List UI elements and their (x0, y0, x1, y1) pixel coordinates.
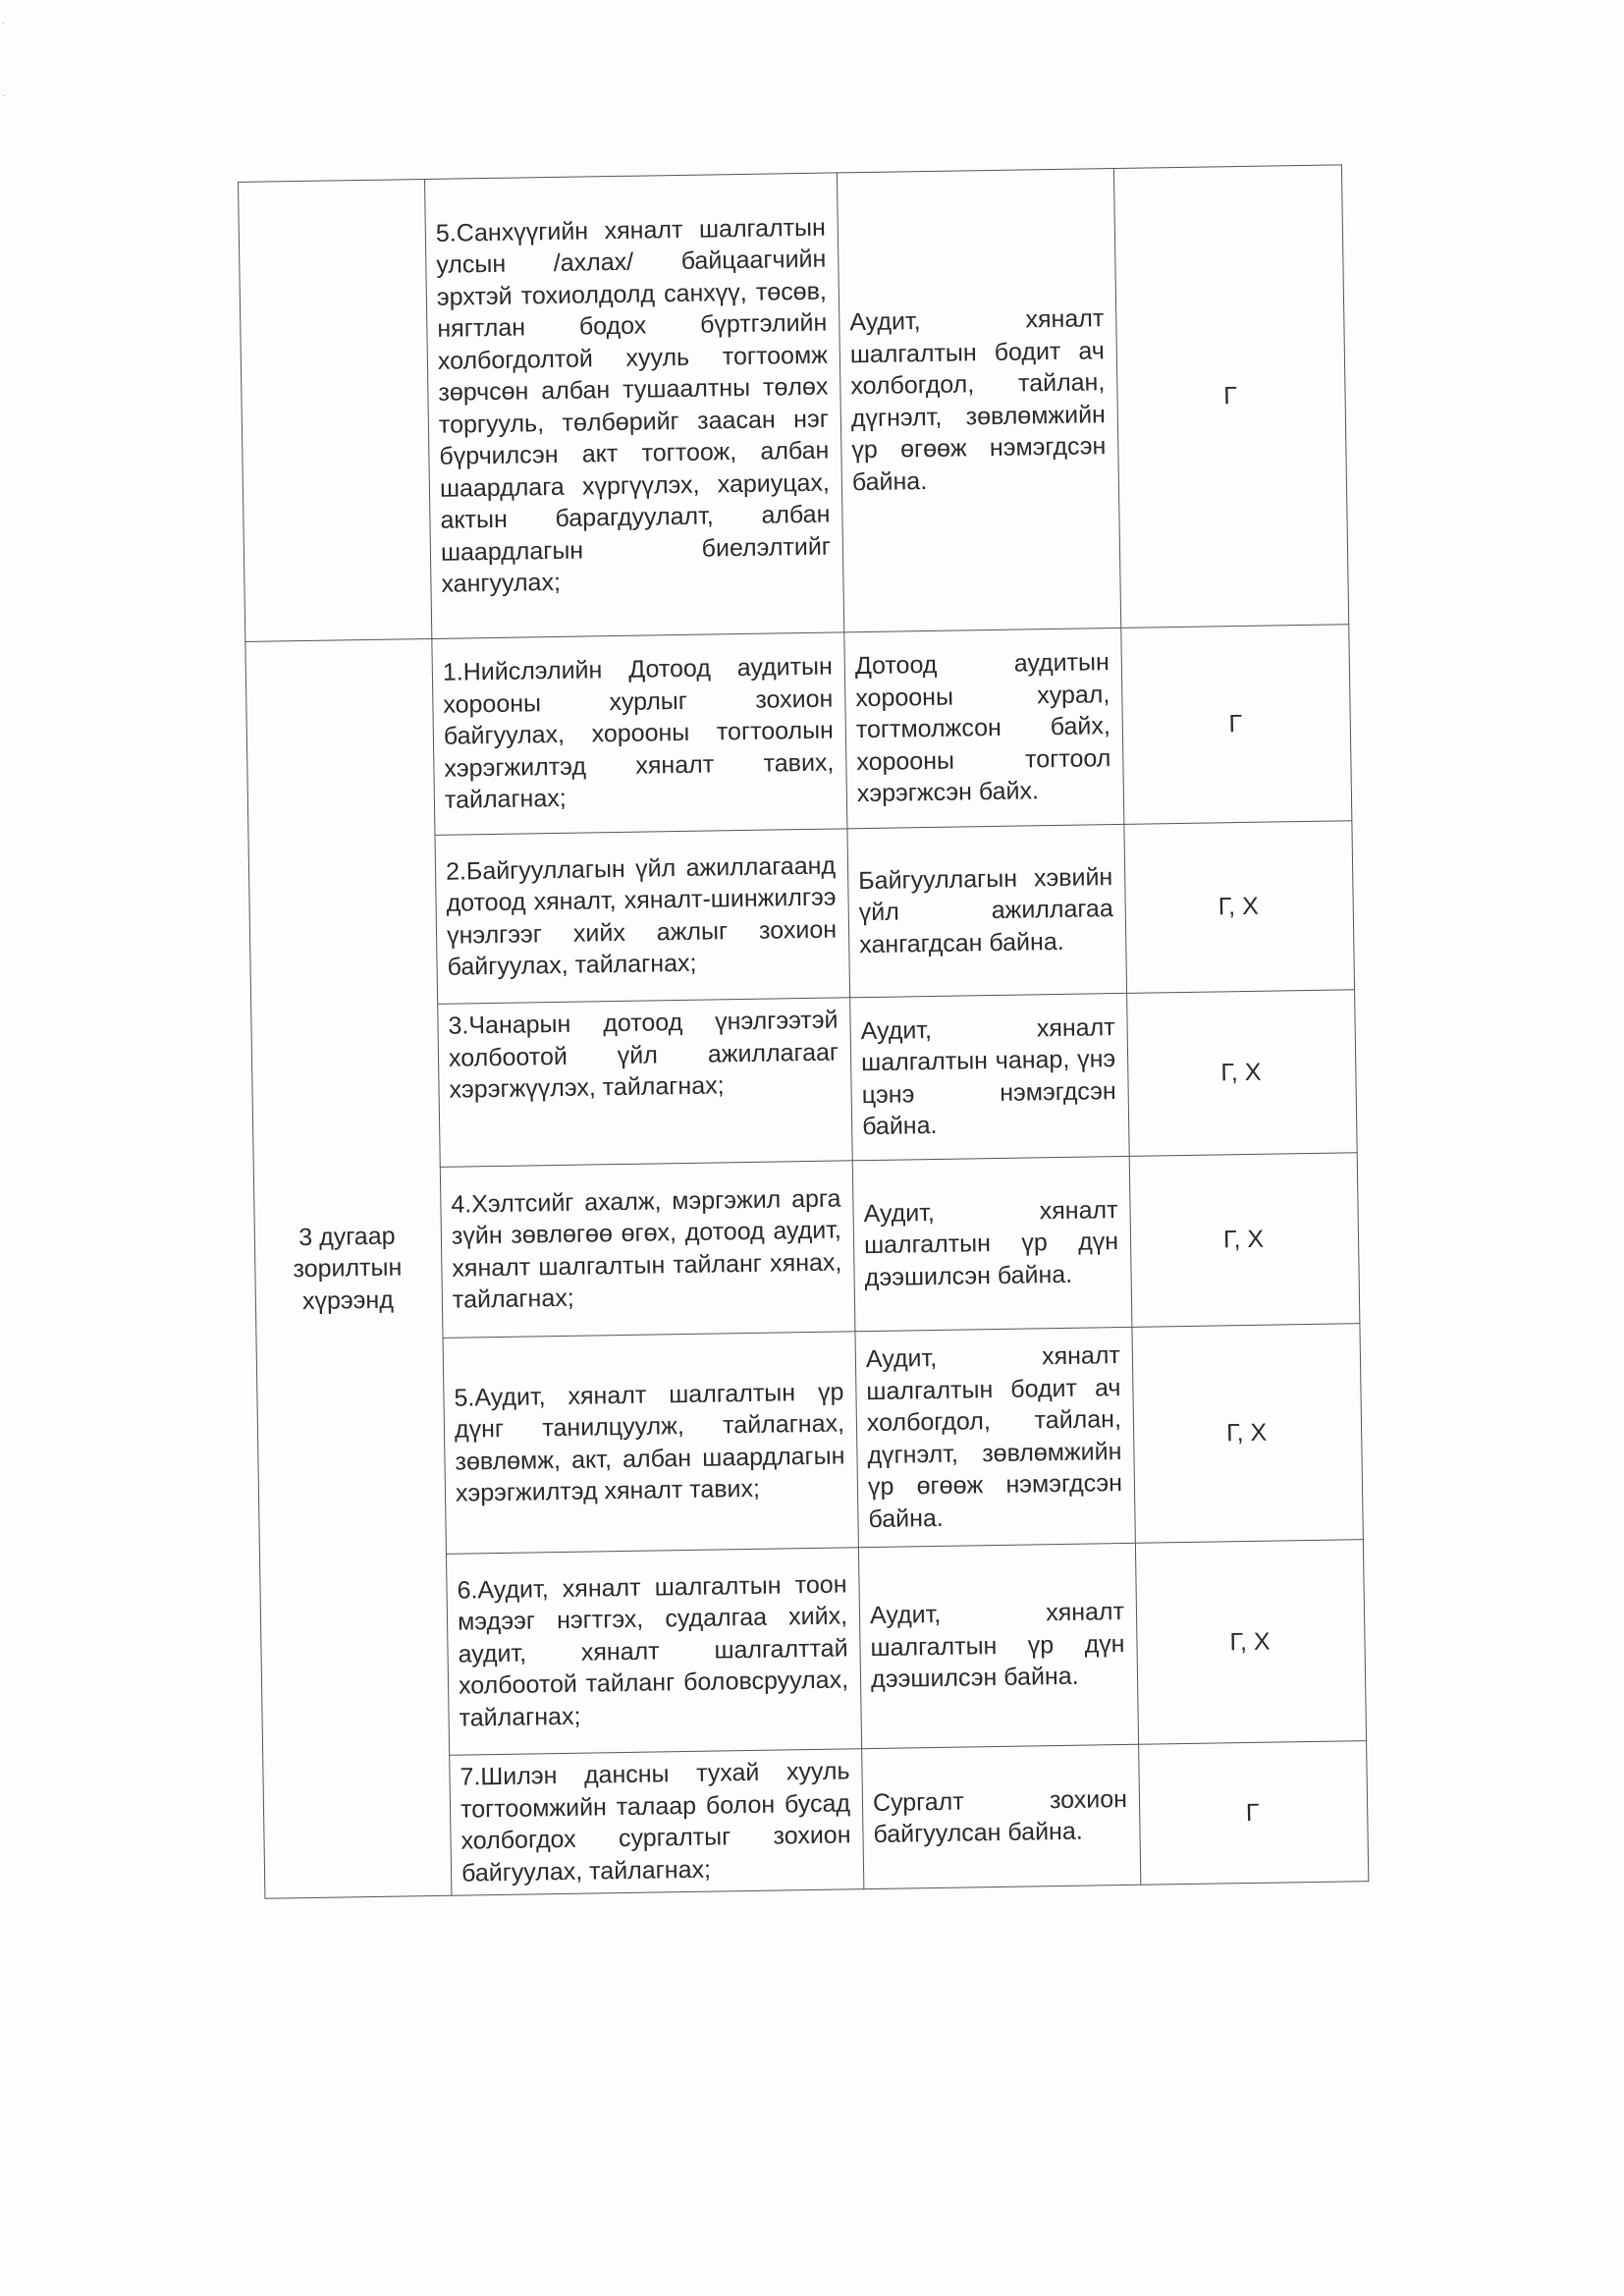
grade-cell: Г, Х (1135, 1540, 1366, 1745)
grade-cell: Г, Х (1132, 1324, 1363, 1544)
scope-cell: 3 дугаар зорилтын хүрээнд (245, 638, 452, 1898)
table-row: 3 дугаар зорилтын хүрээнд 1.Нийслэлийн Д… (245, 625, 1352, 839)
scope-cell-empty (239, 180, 432, 642)
activity-cell: 5.Аудит, хяналт шалгалтын үр дүнг танилц… (443, 1332, 858, 1555)
grade-cell: Г (1139, 1741, 1369, 1886)
scan-mark: · (2, 18, 5, 28)
activity-cell: 7.Шилэн дансны тухай хууль тогтоомжийн т… (450, 1749, 864, 1896)
outcome-cell: Аудит, хяналт шалгалтын чанар, үнэ цэнэ … (850, 993, 1130, 1160)
outcome-cell: Дотоод аудитын хорооны хурал, тогтмолжсо… (844, 628, 1124, 828)
outcome-cell: Аудит, хяналт шалгалтын бодит ач холбогд… (837, 168, 1120, 631)
outcome-cell: Сургалт зохион байгуулсан байна. (862, 1744, 1141, 1888)
activity-cell: 5.Санхүүгийн хяналт шалгалтын улсын /ахл… (424, 173, 843, 639)
outcome-cell: Аудит, хяналт шалгалтын үр дүн дээшилсэн… (852, 1156, 1132, 1331)
activity-cell: 3.Чанарын дотоод үнэлгээтэй холбоотой үй… (438, 998, 853, 1168)
activity-cell: 2.Байгууллагын үйл ажиллагаанд дотоод хя… (435, 829, 850, 1005)
grade-cell: Г (1121, 625, 1352, 825)
outcome-cell: Байгууллагын хэвийн үйл ажиллагаа хангаг… (847, 824, 1127, 997)
activity-cell: 4.Хэлтсийг ахалж, мэргэжил арга зүйн зөв… (440, 1161, 855, 1339)
table-row: 5.Санхүүгийн хяналт шалгалтын улсын /ахл… (239, 165, 1349, 642)
outcome-cell: Аудит, хяналт шалгалтын үр дүн дээшилсэн… (858, 1543, 1138, 1748)
grade-cell: Г (1113, 165, 1348, 629)
scan-mark: · (2, 90, 5, 101)
activity-table: 5.Санхүүгийн хяналт шалгалтын улсын /ахл… (238, 164, 1369, 1898)
grade-cell: Г, Х (1129, 1153, 1360, 1328)
grade-cell: Г, Х (1127, 990, 1358, 1157)
activity-cell: 1.Нийслэлийн Дотоод аудитын хорооны хурл… (432, 632, 847, 836)
outcome-cell: Аудит, хяналт шалгалтын бодит ач холбогд… (855, 1327, 1135, 1547)
grade-cell: Г, Х (1124, 821, 1355, 994)
activity-cell: 6.Аудит, хяналт шалгалтын тоон мэдээг нэ… (446, 1548, 861, 1756)
